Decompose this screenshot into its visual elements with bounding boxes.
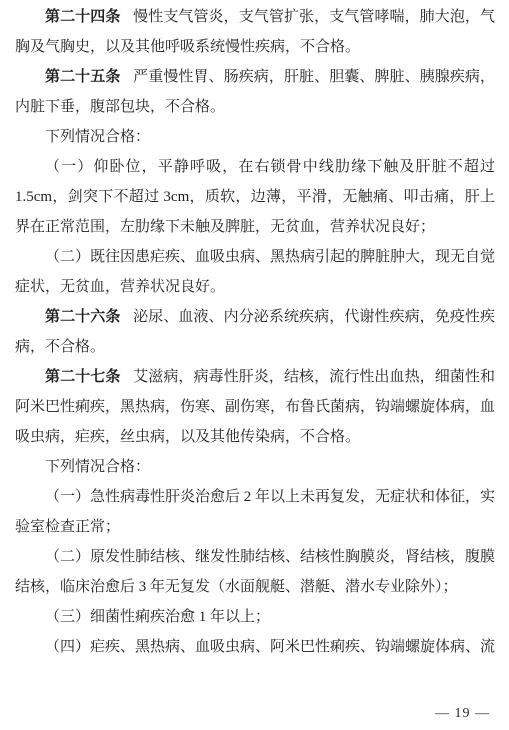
article-number: 第二十四条 [45,9,120,25]
article-paragraph: 第二十五条严重慢性胃、肠疾病，肝脏、胆囊、脾脏、胰腺疾病，内脏下垂，腹部包块，不… [15,62,495,122]
paragraph: （二）既往因患疟疾、血吸虫病、黑热病引起的脾脏肿大，现无自觉症状，无贫血，营养状… [15,242,495,302]
paragraph-text: （三）细菌性痢疾治愈 1 年以上； [45,609,270,625]
paragraph: （二）原发性肺结核、继发性肺结核、结核性胸膜炎，肾结核，腹膜结核，临床治愈后 3… [15,542,495,602]
article-number: 第二十六条 [45,309,120,325]
document-body: 第二十四条慢性支气管炎，支气管扩张，支气管哮喘，肺大泡，气胸及气胸史，以及其他呼… [15,0,495,662]
article-number: 第二十七条 [45,369,120,385]
paragraph: （一）急性病毒性肝炎治愈后 2 年以上未再复发，无症状和体征，实验室检查正常； [15,482,495,542]
paragraph: （一）仰卧位，平静呼吸，在右锁骨中线肋缘下触及肝脏不超过 1.5cm，剑突下不超… [15,152,495,242]
page-number: — 19 — [435,707,490,721]
article-paragraph: 第二十七条艾滋病，病毒性肝炎，结核，流行性出血热，细菌性和阿米巴性痢疾，黑热病，… [15,362,495,452]
article-number: 第二十五条 [45,69,120,85]
document-page: { "document": { "paragraphs": [ { "label… [0,0,509,730]
paragraph-text: 下列情况合格： [45,129,150,145]
article-paragraph: 第二十六条泌尿、血液、内分泌系统疾病，代谢性疾病，免疫性疾病，不合格。 [15,302,495,362]
paragraph-text: （一）急性病毒性肝炎治愈后 2 年以上未再复发，无症状和体征，实验室检查正常； [15,489,495,535]
paragraph-text: （二）既往因患疟疾、血吸虫病、黑热病引起的脾脏肿大，现无自觉症状，无贫血，营养状… [15,249,495,295]
article-paragraph: 第二十四条慢性支气管炎，支气管扩张，支气管哮喘，肺大泡，气胸及气胸史，以及其他呼… [15,2,495,62]
paragraph-text: （二）原发性肺结核、继发性肺结核、结核性胸膜炎，肾结核，腹膜结核，临床治愈后 3… [15,549,495,595]
paragraph-text: （一）仰卧位，平静呼吸，在右锁骨中线肋缘下触及肝脏不超过 1.5cm，剑突下不超… [15,159,495,235]
paragraph-text: （四）疟疾、黑热病、血吸虫病、阿米巴性痢疾、钩端螺旋体病、流 [45,639,495,655]
paragraph: （三）细菌性痢疾治愈 1 年以上； [15,602,495,632]
paragraph: 下列情况合格： [15,452,495,482]
paragraph: （四）疟疾、黑热病、血吸虫病、阿米巴性痢疾、钩端螺旋体病、流 [15,632,495,662]
paragraph-text: 下列情况合格： [45,459,150,475]
paragraph: 下列情况合格： [15,122,495,152]
